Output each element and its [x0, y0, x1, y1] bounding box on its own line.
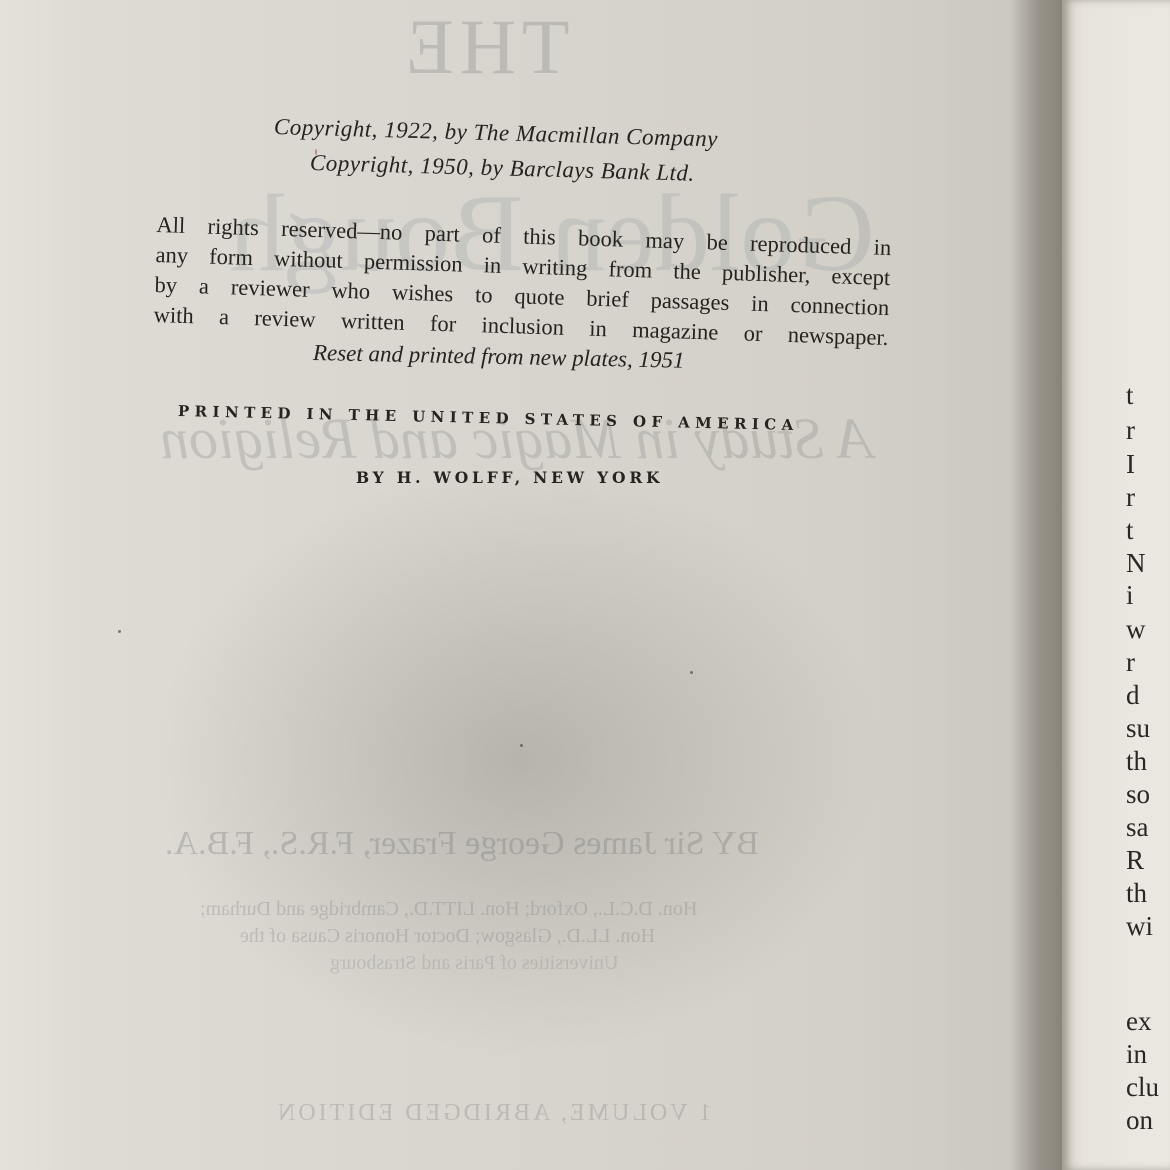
reset-note: Reset and printed from new plates, 1951 — [313, 340, 685, 374]
copyright-line-2: Copyright, 1950, by Barclays Bank Ltd. — [310, 150, 695, 187]
facing-fragment: w — [1126, 614, 1146, 645]
facing-page-text: t r I r t N i w r d su th so sa R th wi … — [1126, 0, 1170, 1170]
facing-fragment: on — [1126, 1105, 1153, 1136]
copyright-page: Copyright, 1922, by The Macmillan Compan… — [0, 0, 1062, 1170]
facing-fragment: R — [1126, 845, 1144, 876]
printer: BY H. WOLFF, NEW YORK — [356, 468, 663, 487]
facing-fragment: N — [1126, 548, 1146, 579]
facing-fragment: ex — [1126, 1006, 1151, 1037]
facing-fragment: t — [1126, 380, 1134, 411]
facing-fragment: t — [1126, 515, 1134, 546]
facing-fragment: r — [1126, 482, 1135, 513]
facing-fragment: th — [1126, 878, 1147, 909]
copyright-line-1: Copyright, 1922, by The Macmillan Compan… — [274, 114, 719, 152]
facing-fragment: i — [1126, 580, 1134, 611]
rights-reserved-paragraph: All rights reserved—no part of this book… — [153, 210, 891, 353]
facing-fragment: d — [1126, 680, 1140, 711]
facing-fragment: so — [1126, 779, 1150, 810]
facing-fragment: r — [1126, 415, 1135, 446]
facing-fragment: sa — [1126, 812, 1149, 843]
facing-fragment: I — [1126, 449, 1135, 480]
facing-fragment: r — [1126, 647, 1135, 678]
printed-in: PRINTED IN THE UNITED STATES OF AMERICA — [178, 402, 799, 434]
facing-fragment: in — [1126, 1039, 1147, 1070]
facing-fragment: wi — [1126, 911, 1153, 942]
facing-fragment: clu — [1126, 1072, 1159, 1103]
paper-speck — [690, 671, 693, 674]
paper-mark — [315, 149, 317, 155]
facing-fragment: su — [1126, 713, 1150, 744]
paper-speck — [520, 744, 523, 747]
facing-fragment: th — [1126, 746, 1147, 777]
paper-speck — [118, 630, 121, 633]
